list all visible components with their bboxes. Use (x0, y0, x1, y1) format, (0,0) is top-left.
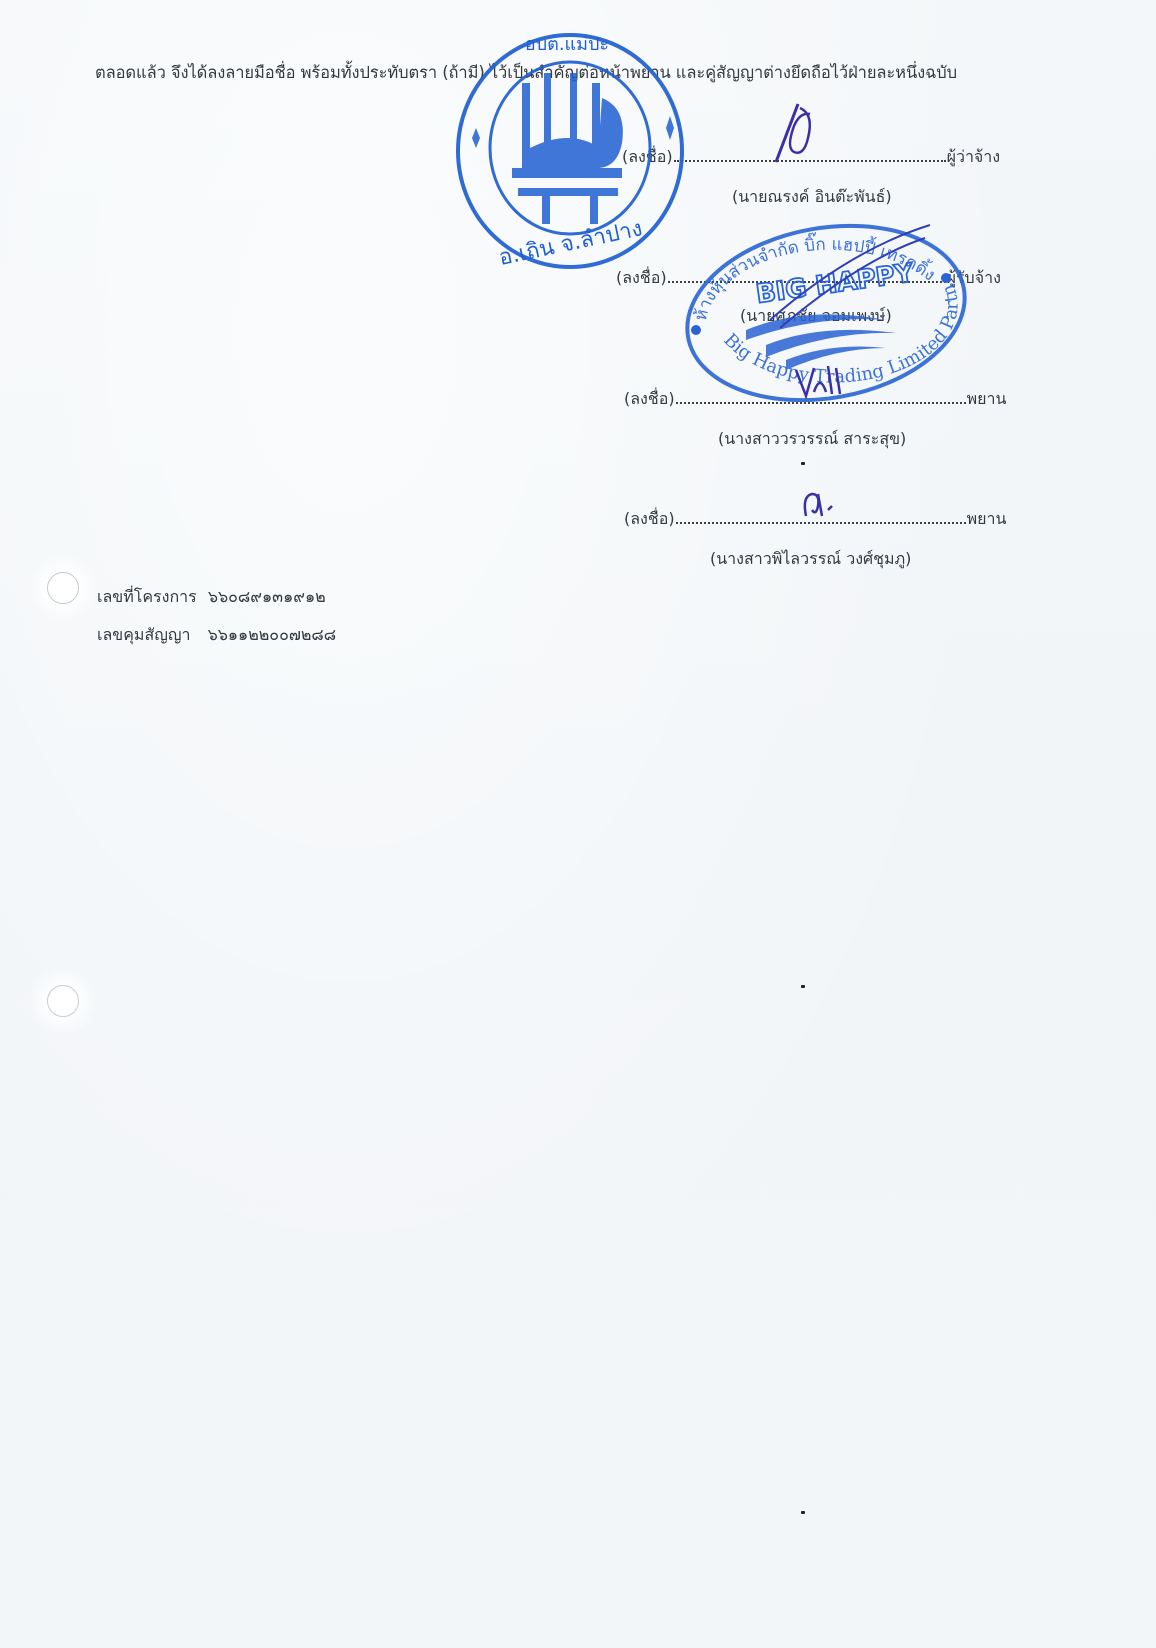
signature-line-employer: (ลงชื่อ) ผู้ว่าจ้าง (622, 145, 1000, 170)
role-label: ผู้รับจ้าง (947, 266, 1001, 291)
signature-dotted-line (676, 400, 966, 404)
signer-name-witness-2: (นางสาวพิไลวรรณ์ วงศ์ชุมภู) (710, 547, 911, 572)
sign-label: (ลงชื่อ) (622, 145, 673, 170)
role-label: พยาน (967, 387, 1007, 412)
paper-speck (801, 462, 805, 465)
project-number-label: เลขที่โครงการ (97, 587, 197, 606)
signature-dotted-line (674, 158, 946, 162)
punch-hole-top (47, 572, 79, 604)
contract-control-value: ๖๖๑๑๒๒๐๐๗๒๘๘ (208, 625, 337, 644)
role-label: พยาน (967, 507, 1007, 532)
closing-statement: ตลอดแล้ว จึงได้ลงลายมือชื่อ พร้อมทั้งประ… (95, 65, 957, 82)
paper-speck (801, 1511, 805, 1514)
sign-label: (ลงชื่อ) (616, 266, 667, 291)
contract-control-number: เลขคุมสัญญา ๖๖๑๑๒๒๐๐๗๒๘๘ (97, 623, 336, 648)
signature-dotted-line (668, 279, 946, 283)
paper-background (0, 0, 1156, 1648)
signer-name-contractor: (นายศุภชัย จอมเพงษ์) (740, 304, 892, 329)
signature-dotted-line (676, 520, 966, 524)
project-number-value: ๖๖๐๘๙๑๓๑๙๑๒ (208, 587, 326, 606)
signature-line-witness-2: (ลงชื่อ) พยาน (624, 507, 1006, 532)
paper-speck (801, 985, 805, 988)
signature-line-contractor: (ลงชื่อ) ผู้รับจ้าง (616, 266, 1001, 291)
contract-control-label: เลขคุมสัญญา (97, 625, 190, 644)
sign-label: (ลงชื่อ) (624, 507, 675, 532)
project-number: เลขที่โครงการ ๖๖๐๘๙๑๓๑๙๑๒ (97, 585, 326, 610)
punch-hole-bottom (47, 985, 79, 1017)
signature-line-witness-1: (ลงชื่อ) พยาน (624, 387, 1006, 412)
sign-label: (ลงชื่อ) (624, 387, 675, 412)
role-label: ผู้ว่าจ้าง (947, 145, 1001, 170)
signer-name-witness-1: (นางสาววรวรรณ์ สาระสุข) (718, 427, 906, 452)
signer-name-employer: (นายณรงค์ อินต๊ะพันธ์) (732, 185, 892, 210)
